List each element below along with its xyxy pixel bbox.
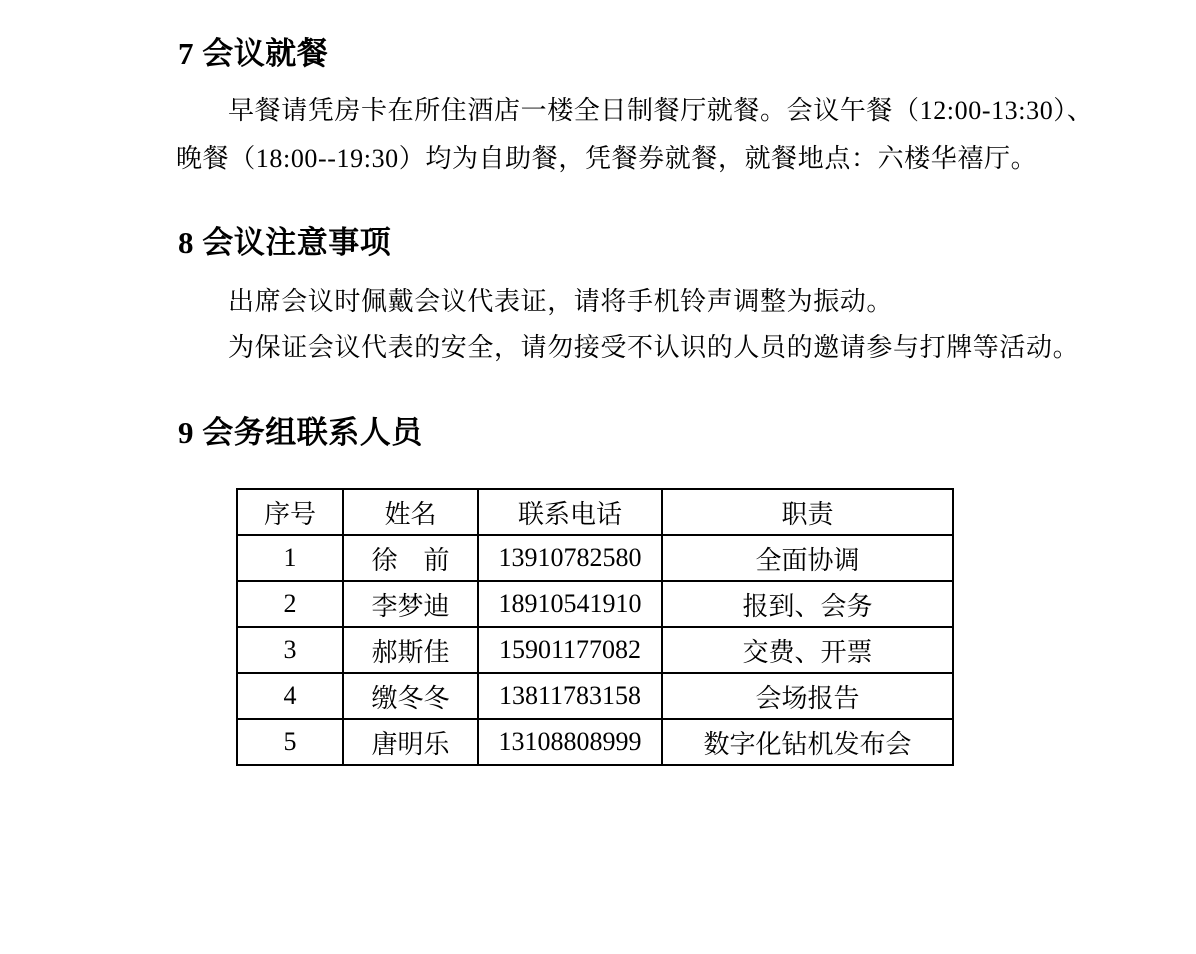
section-8-heading: 8 会议注意事项 [178,217,391,262]
section-8-paragraph-1: 出席会议时佩戴会议代表证，请将手机铃声调整为振动。 [228,281,893,318]
table-row: 1 徐 前 13910782580 全面协调 [237,535,953,581]
table-cell-name: 郝斯佳 [343,627,478,673]
table-cell-index: 5 [237,719,343,765]
table-cell-phone: 13811783158 [478,673,662,719]
section-7-paragraph-line-2: 晚餐（18:00--19:30）均为自助餐，凭餐券就餐，就餐地点：六楼华禧厅。 [176,138,1037,175]
table-cell-duty: 报到、会务 [662,581,953,627]
table-cell-phone: 15901177082 [478,627,662,673]
table-cell-duty: 会场报告 [662,673,953,719]
table-cell-duty: 数字化钻机发布会 [662,719,953,765]
table-cell-phone: 18910541910 [478,581,662,627]
table-row: 4 缴冬冬 13811783158 会场报告 [237,673,953,719]
table-header-cell-name: 姓名 [343,489,478,535]
table-cell-duty: 交费、开票 [662,627,953,673]
document-page: 7 会议就餐 早餐请凭房卡在所住酒店一楼全日制餐厅就餐。会议午餐（12:00-1… [0,0,1196,954]
table-cell-name: 徐 前 [343,535,478,581]
section-7-heading: 7 会议就餐 [178,28,328,73]
table-cell-phone: 13108808999 [478,719,662,765]
table-cell-index: 3 [237,627,343,673]
table-cell-name: 李梦迪 [343,581,478,627]
table-cell-phone: 13910782580 [478,535,662,581]
table-header-row: 序号 姓名 联系电话 职责 [237,489,953,535]
contacts-table: 序号 姓名 联系电话 职责 1 徐 前 13910782580 全面协调 2 李… [236,488,954,766]
table-row: 3 郝斯佳 15901177082 交费、开票 [237,627,953,673]
table-cell-index: 2 [237,581,343,627]
table-cell-name: 缴冬冬 [343,673,478,719]
table-cell-name: 唐明乐 [343,719,478,765]
table-header-cell-phone: 联系电话 [478,489,662,535]
table-header-cell-index: 序号 [237,489,343,535]
table-cell-index: 4 [237,673,343,719]
table-cell-duty: 全面协调 [662,535,953,581]
section-7-paragraph-line-1: 早餐请凭房卡在所住酒店一楼全日制餐厅就餐。会议午餐（12:00-13:30）、 [228,90,1094,127]
section-9-heading: 9 会务组联系人员 [178,407,423,452]
table-header-cell-duty: 职责 [662,489,953,535]
table-row: 2 李梦迪 18910541910 报到、会务 [237,581,953,627]
section-8-paragraph-2: 为保证会议代表的安全，请勿接受不认识的人员的邀请参与打牌等活动。 [228,327,1079,364]
table-cell-index: 1 [237,535,343,581]
table-row: 5 唐明乐 13108808999 数字化钻机发布会 [237,719,953,765]
